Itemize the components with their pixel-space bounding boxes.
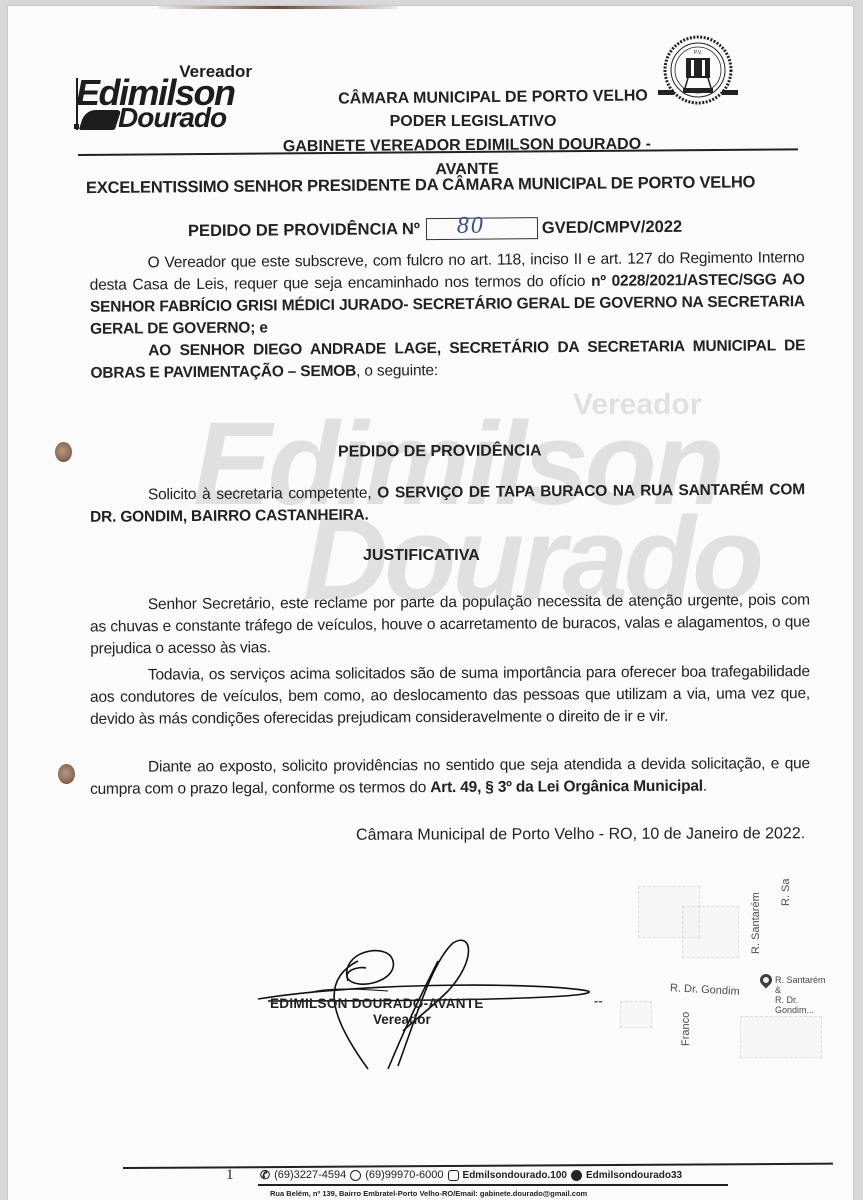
street-label: Franco [680, 1012, 692, 1046]
street-label: R. Dr. Gondim [670, 982, 740, 998]
vereador-logo: Vereador Edimilson Dourado [68, 62, 258, 142]
justification-paragraph-1: Senhor Secretário, este reclame por part… [90, 589, 810, 660]
punch-hole [58, 764, 75, 784]
street-label: R. Sa [780, 878, 792, 906]
map-block [682, 906, 739, 958]
request-text: Solicito à secretaria competente, [148, 485, 377, 504]
footer-whatsapp: (69)99970-6000 [365, 1169, 443, 1181]
request-suffix: GVED/CMPV/2022 [542, 217, 682, 237]
institution-name: CÂMARA MUNICIPAL DE PORTO VELHO [278, 84, 708, 113]
logo-last-name: Dourado [118, 102, 226, 134]
pin-label-line-2: R. Dr. Gondim... [775, 995, 830, 1015]
signature-trailing-mark: -- [594, 993, 603, 1008]
justification-text-2: Todavia, os serviços acima solicitados s… [90, 663, 810, 728]
rondonia-map-icon [79, 110, 121, 130]
footer-divider-2 [258, 1184, 728, 1186]
location-map: R. Santarém R. Sa R. Dr. Gondim Franco R… [620, 866, 830, 1056]
request-label: PEDIDO DE PROVIDÊNCIA Nº [188, 220, 420, 241]
watermark-top-word: Vereador [573, 388, 701, 422]
justification-text-1: Senhor Secretário, este reclame por part… [90, 591, 810, 657]
map-block [620, 1001, 652, 1028]
footer-contacts: ✆ (69)3227-4594 (69)99970-6000 Edmilsond… [258, 1169, 682, 1181]
municipal-seal-icon: P.V. [655, 32, 741, 110]
closing-law-reference: Art. 49, § 3º da Lei Orgânica Municipal [430, 778, 703, 796]
request-paragraph: Solicito à secretaria competente, O SERV… [90, 479, 805, 529]
footer-address: Rua Belém, nº 139, Bairro Embratel-Porto… [270, 1189, 587, 1198]
svg-text:P.V.: P.V. [694, 50, 702, 56]
addressee: EXCELENTISSIMO SENHOR PRESIDENTE DA CÂMA… [86, 173, 806, 198]
footer-facebook: Edmilsondourado33 [586, 1170, 682, 1181]
intro-paragraph: O Vereador que este subscreve, com fulcr… [89, 247, 805, 385]
street-label: R. Santarém [750, 892, 762, 954]
pin-label-line-1: R. Santarém & [775, 975, 830, 995]
signatory-name: EDIMILSON DOURADO-AVANTE [270, 996, 484, 1011]
section-title-request: PEDIDO DE PROVIDÊNCIA [338, 442, 542, 461]
request-number: 80 [457, 213, 485, 240]
request-number-line: PEDIDO DE PROVIDÊNCIA Nº 80 GVED/CMPV/20… [188, 216, 682, 242]
punch-hole [55, 442, 72, 462]
scan-artifact [158, 6, 398, 9]
map-pin-icon [758, 972, 775, 989]
place-date: Câmara Municipal de Porto Velho - RO, 10… [356, 825, 805, 845]
branch-name: PODER LEGISLATIVO [258, 110, 688, 134]
document-page: Vereador Edimilson Dourado Vereador Edim… [8, 6, 853, 1200]
map-block [740, 1016, 822, 1058]
request-number-box: 80 [426, 217, 538, 240]
pin-label: R. Santarém & R. Dr. Gondim... [775, 975, 830, 1015]
instagram-icon [448, 1170, 459, 1181]
section-title-justification: JUSTIFICATIVA [363, 547, 480, 565]
whatsapp-icon [350, 1170, 361, 1181]
facebook-icon [571, 1170, 582, 1181]
footer-phone: (69)3227-4594 [274, 1169, 346, 1181]
signature-block: EDIMILSON DOURADO-AVANTE Vereador -- [248, 921, 628, 1071]
intro-end: , o seguinte: [356, 362, 438, 380]
justification-paragraph-2: Todavia, os serviços acima solicitados s… [90, 661, 810, 731]
page-number: 1 [226, 1167, 234, 1184]
phone-icon: ✆ [260, 1170, 270, 1180]
intro-recipient-2: AO SENHOR DIEGO ANDRADE LAGE, SECRETÁRIO… [90, 337, 805, 382]
closing-paragraph: Diante ao exposto, solicito providências… [90, 753, 810, 801]
closing-period: . [703, 778, 707, 795]
footer-instagram: Edmilsondourado.100 [463, 1170, 567, 1181]
letterhead: CÂMARA MUNICIPAL DE PORTO VELHO PODER LE… [258, 86, 688, 182]
signatory-role: Vereador [373, 1012, 431, 1027]
